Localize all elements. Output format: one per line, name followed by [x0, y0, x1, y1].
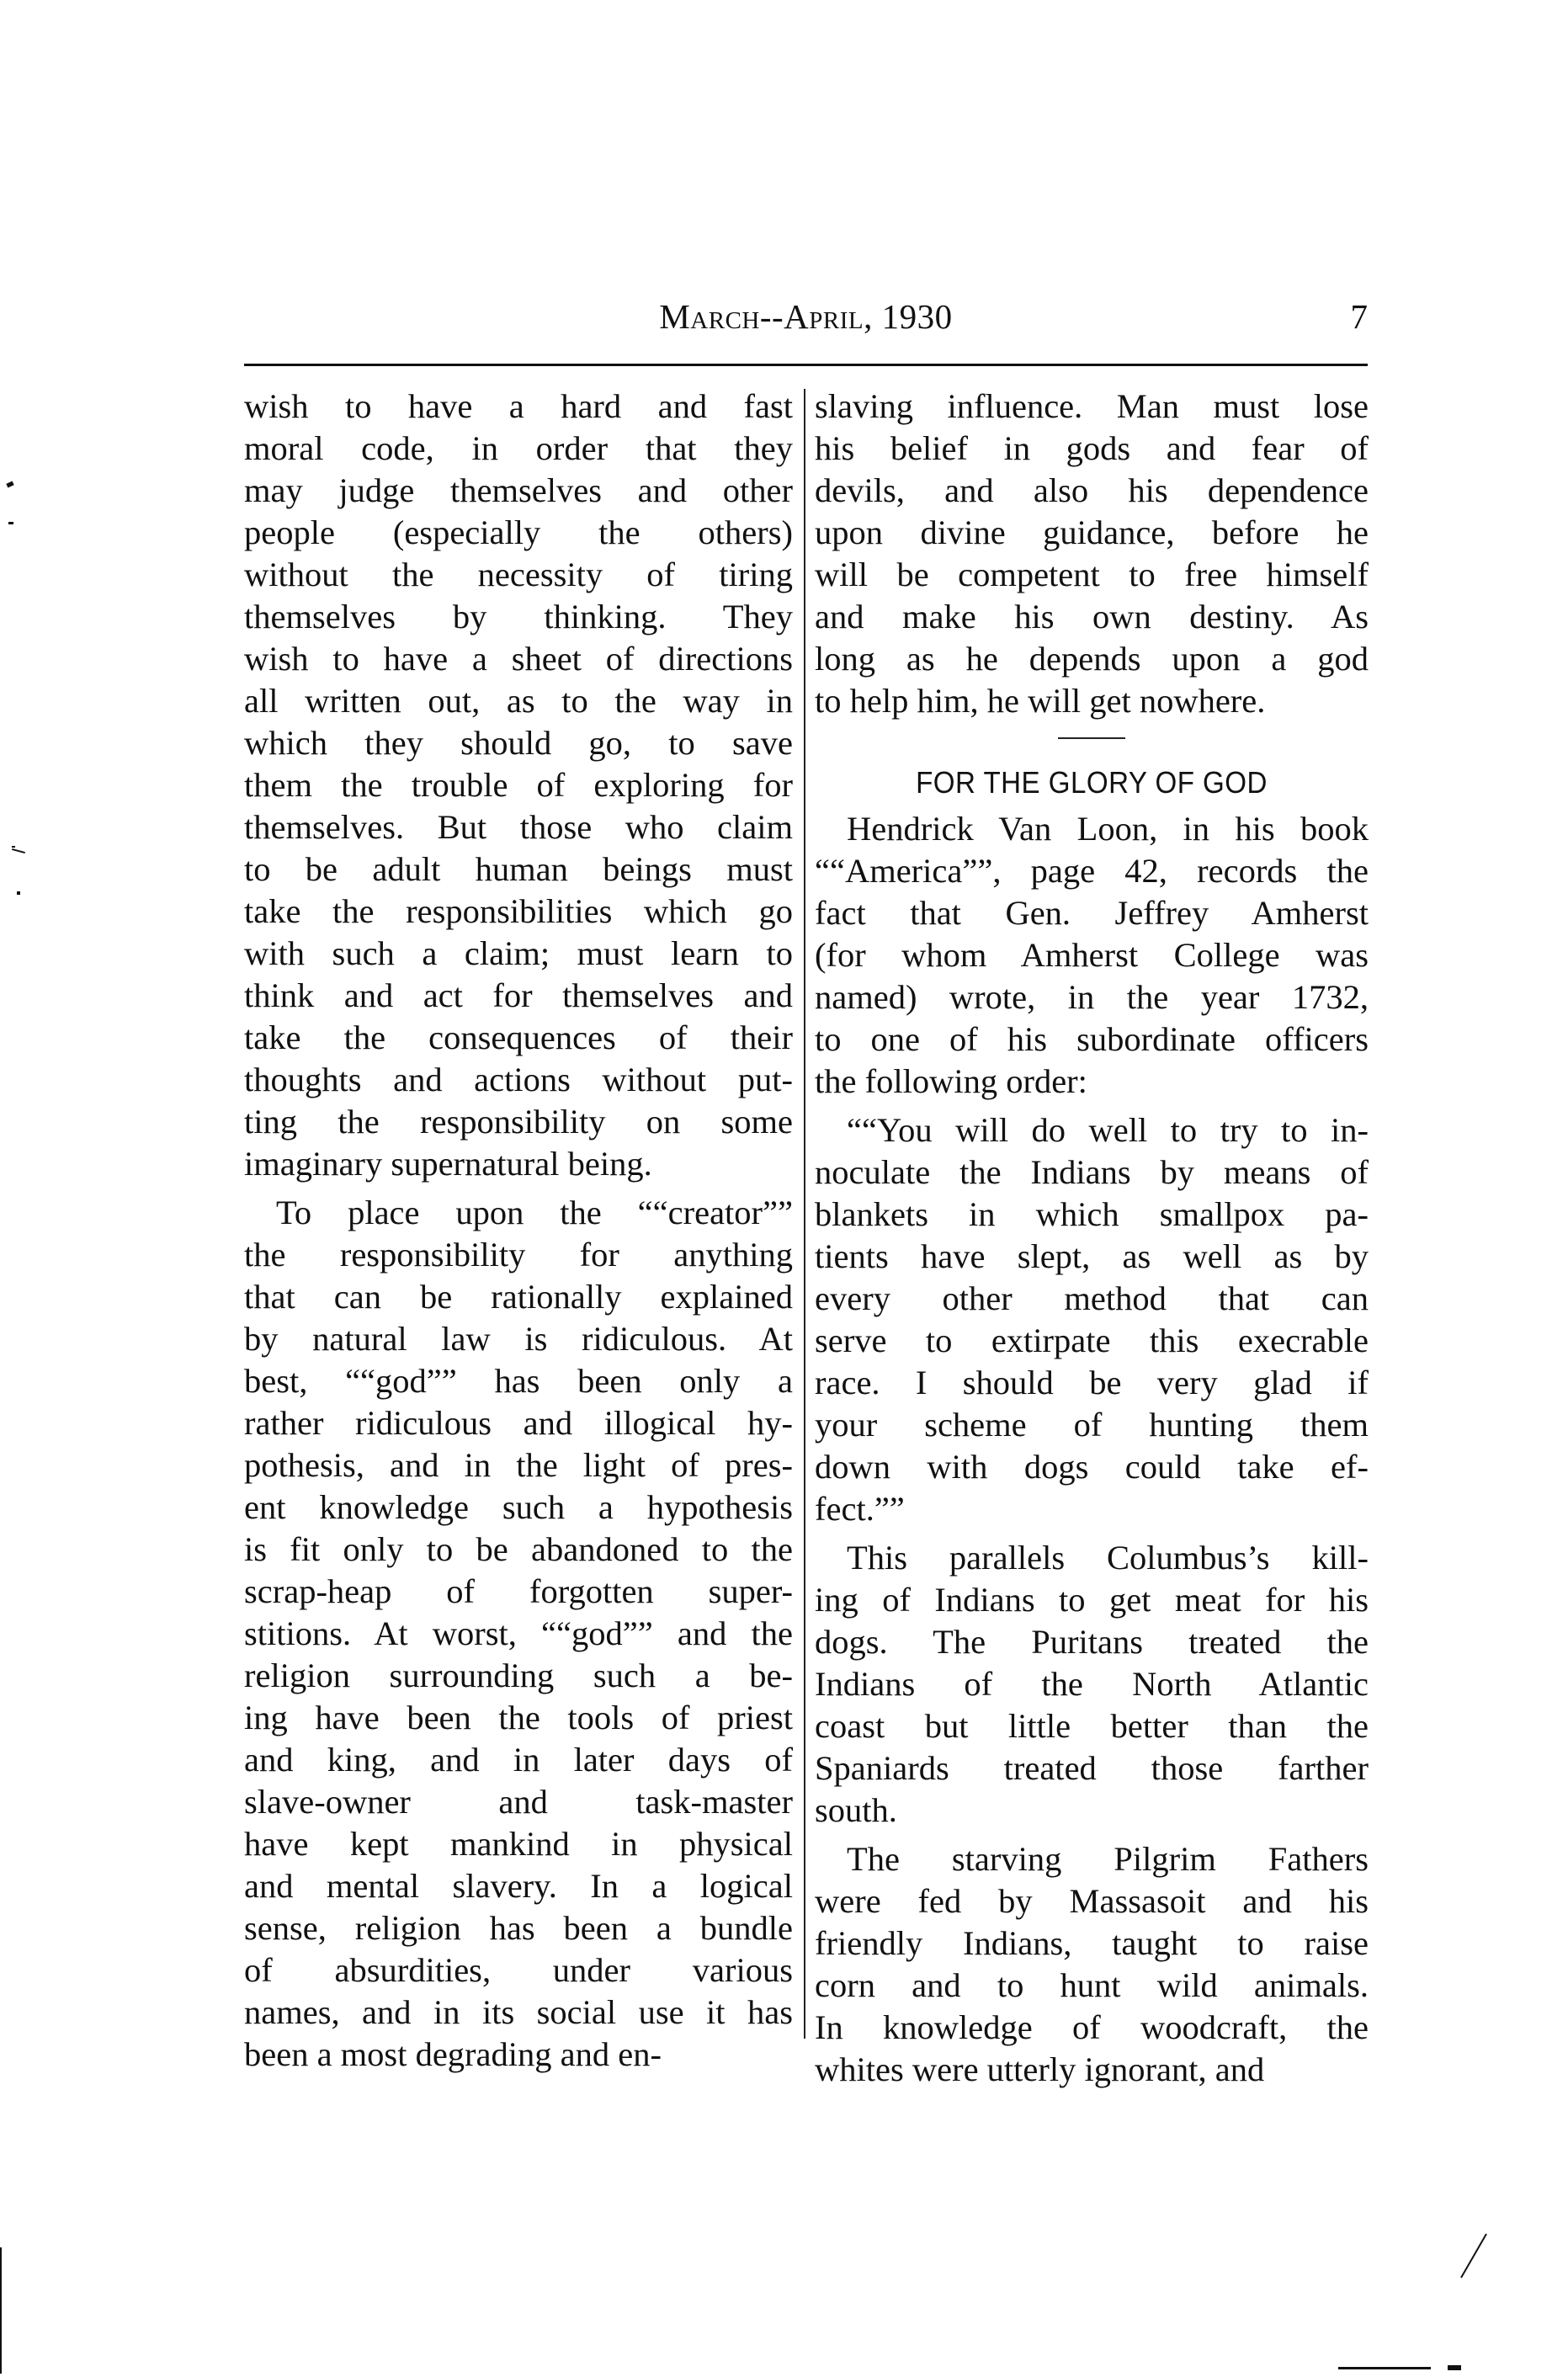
text-line: the following order: — [815, 1061, 1369, 1103]
text-line: is fit only to be abandoned to the — [244, 1529, 793, 1571]
text-line: and king, and in later days of — [244, 1739, 793, 1781]
text-line: corn and to hunt wild animals. — [815, 1965, 1369, 2007]
text-line: tients have slept, as well as by — [815, 1236, 1369, 1278]
page-header: March--April, 1930 7 — [244, 296, 1368, 347]
paragraph: slaving influence. Man must losehis beli… — [815, 386, 1369, 722]
text-line: ““America””, page 42, records the — [815, 850, 1369, 892]
text-line: wish to have a sheet of directions — [244, 638, 793, 680]
text-line: to be adult human beings must — [244, 848, 793, 891]
left-column: wish to have a hard and fastmoral code, … — [244, 386, 793, 2076]
text-line: without the necessity of tiring — [244, 554, 793, 596]
text-line: This parallels Columbus’s kill- — [815, 1537, 1369, 1579]
text-line: people (especially the others) — [244, 512, 793, 554]
text-line: stitions. At worst, ““god”” and the — [244, 1613, 793, 1655]
text-line: thoughts and actions without put- — [244, 1059, 793, 1101]
text-line: moral code, in order that they — [244, 428, 793, 470]
text-line: sense, religion has been a bundle — [244, 1907, 793, 1949]
text-line: take the consequences of their — [244, 1017, 793, 1059]
text-line: and make his own destiny. As — [815, 596, 1369, 638]
text-line: wish to have a hard and fast — [244, 386, 793, 428]
text-line: dogs. The Puritans treated the — [815, 1621, 1369, 1663]
text-line: take the responsibilities which go — [244, 891, 793, 933]
margin-mark — [1448, 2365, 1461, 2370]
text-line: ting the responsibility on some — [244, 1101, 793, 1143]
text-line: that can be rationally explained — [244, 1276, 793, 1318]
margin-mark — [17, 891, 20, 895]
text-line: The starving Pilgrim Fathers — [815, 1838, 1369, 1880]
text-line: were fed by Massasoit and his — [815, 1880, 1369, 1922]
paragraph: The starving Pilgrim Fatherswere fed by … — [815, 1838, 1369, 2091]
text-line: his belief in gods and fear of — [815, 428, 1369, 470]
text-line: down with dogs could take ef- — [815, 1446, 1369, 1488]
paragraph: This parallels Columbus’s kill-ing of In… — [815, 1537, 1369, 1832]
text-line: Indians of the North Atlantic — [815, 1663, 1369, 1705]
text-line: the responsibility for anything — [244, 1234, 793, 1276]
text-line: serve to extirpate this execrable — [815, 1320, 1369, 1362]
text-line: with such a claim; must learn to — [244, 933, 793, 975]
text-line: devils, and also his dependence — [815, 470, 1369, 512]
text-line: which they should go, to save — [244, 722, 793, 764]
text-line: will be competent to free himself — [815, 554, 1369, 596]
text-line: ““You will do well to try to in- — [815, 1109, 1369, 1151]
text-line: race. I should be very glad if — [815, 1362, 1369, 1404]
text-line: and mental slavery. In a logical — [244, 1865, 793, 1907]
text-line: fect.”” — [815, 1488, 1369, 1530]
text-line: rather ridiculous and illogical hy- — [244, 1402, 793, 1444]
margin-mark — [6, 481, 13, 488]
text-line: themselves. But those who claim — [244, 806, 793, 848]
text-line: coast but little better than the — [815, 1705, 1369, 1747]
column-divider — [804, 389, 805, 2039]
text-line: slave-owner and task-master — [244, 1781, 793, 1823]
margin-mark — [8, 522, 13, 524]
text-line: ent knowledge such a hypothesis — [244, 1486, 793, 1529]
header-rule — [244, 364, 1368, 366]
text-line: blankets in which smallpox pa- — [815, 1194, 1369, 1236]
text-line: Spaniards treated those farther — [815, 1747, 1369, 1789]
text-line: To place upon the ““creator”” — [244, 1192, 793, 1234]
text-line: to one of his subordinate officers — [815, 1018, 1369, 1061]
text-line: by natural law is ridiculous. At — [244, 1318, 793, 1360]
text-line: to help him, he will get nowhere. — [815, 680, 1369, 722]
text-line: In knowledge of woodcraft, the — [815, 2007, 1369, 2049]
text-line: names, and in its social use it has — [244, 1991, 793, 2034]
text-line: think and act for themselves and — [244, 975, 793, 1017]
margin-mark — [12, 848, 25, 853]
text-line: imaginary supernatural being. — [244, 1143, 793, 1185]
text-line: ing of Indians to get meat for his — [815, 1579, 1369, 1621]
text-line: noculate the Indians by means of — [815, 1151, 1369, 1194]
margin-mark — [0, 2247, 2, 2374]
text-line: south. — [815, 1789, 1369, 1832]
text-line: fact that Gen. Jeffrey Amherst — [815, 892, 1369, 934]
text-line: have kept mankind in physical — [244, 1823, 793, 1865]
section-title: FOR THE GLORY OF GOD — [837, 759, 1346, 806]
text-line: upon divine guidance, before he — [815, 512, 1369, 554]
text-line: best, ““god”” has been only a — [244, 1360, 793, 1402]
text-line: scrap-heap of forgotten super- — [244, 1571, 793, 1613]
paragraph: ““You will do well to try to in-noculate… — [815, 1109, 1369, 1530]
text-line: whites were utterly ignorant, and — [815, 2049, 1369, 2091]
margin-mark — [12, 846, 15, 848]
text-line: may judge themselves and other — [244, 470, 793, 512]
running-title: March--April, 1930 — [244, 296, 1368, 337]
right-column: slaving influence. Man must losehis beli… — [815, 386, 1369, 2091]
paragraph: wish to have a hard and fastmoral code, … — [244, 386, 793, 1185]
page-number: 7 — [1351, 296, 1369, 337]
text-line: been a most degrading and en- — [244, 2034, 793, 2076]
text-line: named) wrote, in the year 1732, — [815, 976, 1369, 1018]
text-line: of absurdities, under various — [244, 1949, 793, 1991]
text-line: every other method that can — [815, 1278, 1369, 1320]
text-line: themselves by thinking. They — [244, 596, 793, 638]
text-line: religion surrounding such a be- — [244, 1655, 793, 1697]
text-line: friendly Indians, taught to raise — [815, 1922, 1369, 1965]
section-divider — [1058, 737, 1125, 739]
paragraph: To place upon the ““creator””the respons… — [244, 1192, 793, 2076]
text-line: ing have been the tools of priest — [244, 1697, 793, 1739]
text-line: all written out, as to the way in — [244, 680, 793, 722]
paragraph: Hendrick Van Loon, in his book““America”… — [815, 808, 1369, 1103]
text-line: your scheme of hunting them — [815, 1404, 1369, 1446]
text-line: them the trouble of exploring for — [244, 764, 793, 806]
text-line: long as he depends upon a god — [815, 638, 1369, 680]
margin-mark — [1460, 2234, 1487, 2279]
text-line: slaving influence. Man must lose — [815, 386, 1369, 428]
text-line: Hendrick Van Loon, in his book — [815, 808, 1369, 850]
text-line: (for whom Amherst College was — [815, 934, 1369, 976]
margin-mark — [1338, 2367, 1431, 2369]
text-line: pothesis, and in the light of pres- — [244, 1444, 793, 1486]
